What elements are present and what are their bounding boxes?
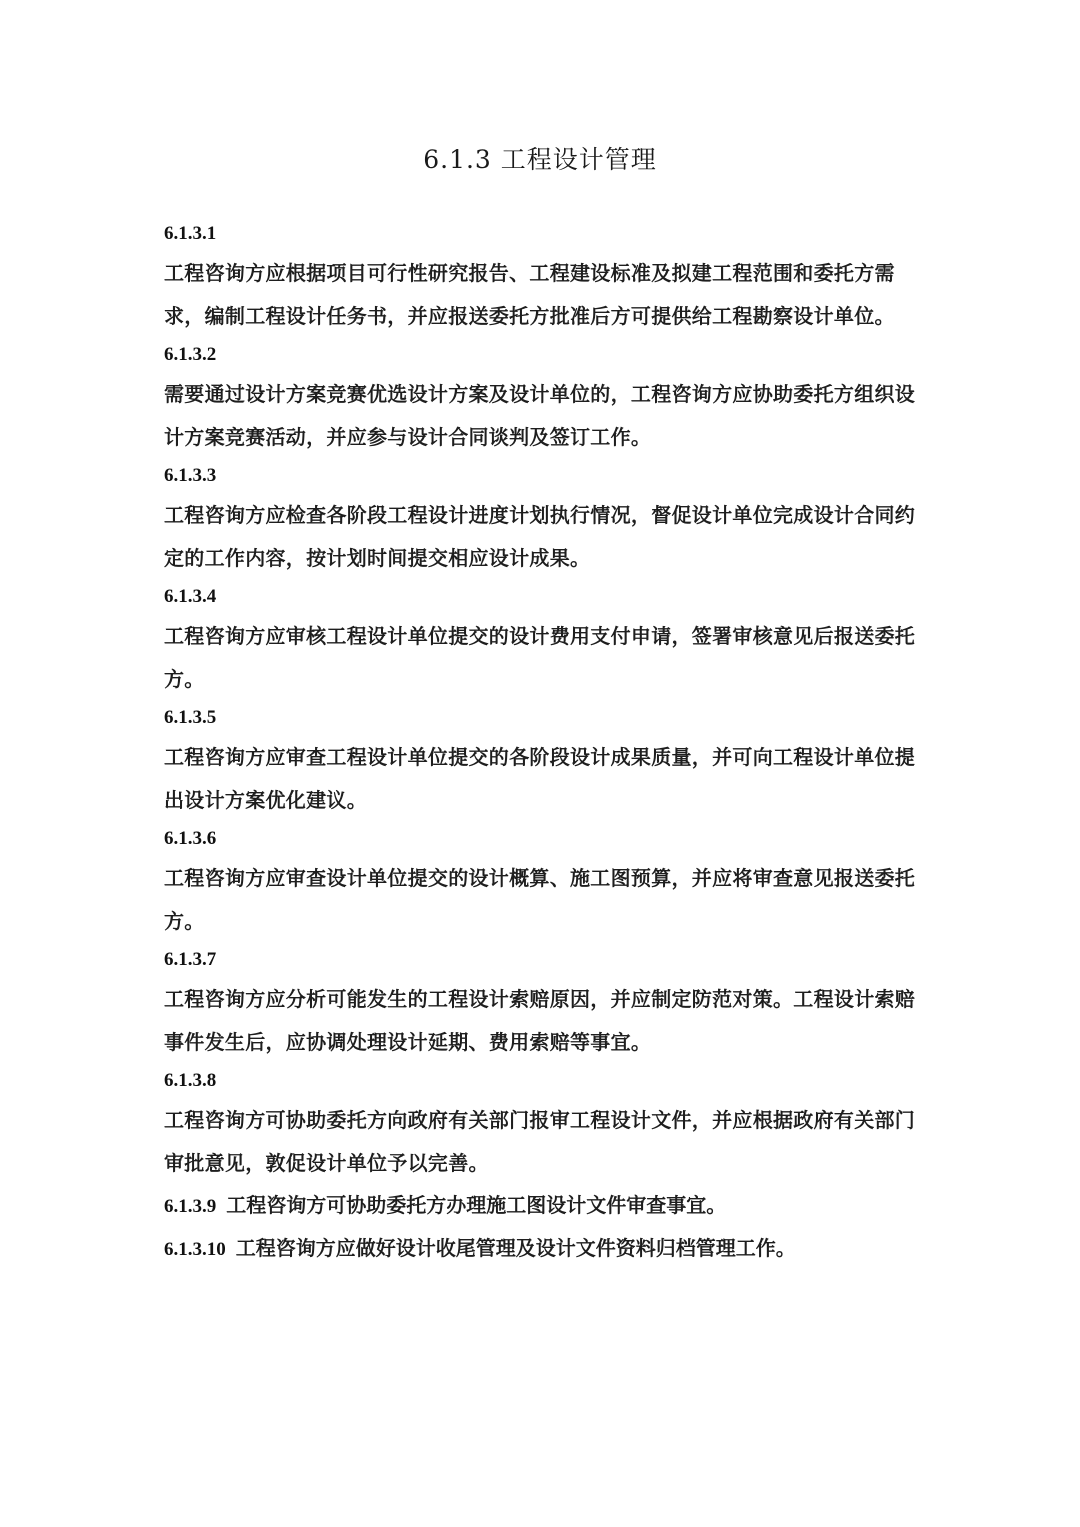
clause-number: 6.1.3.3 — [164, 458, 924, 494]
clause-number: 6.1.3.8 — [164, 1063, 924, 1099]
document-body: 6.1.3.1 工程咨询方应根据项目可行性研究报告、工程建设标准及拟建工程范围和… — [164, 216, 924, 1269]
clause-6-1-3-10: 6.1.3.10工程咨询方应做好设计收尾管理及设计文件资料归档管理工作。 — [164, 1227, 924, 1270]
clause-6-1-3-5: 6.1.3.5 工程咨询方应审查工程设计单位提交的各阶段设计成果质量，并可向工程… — [164, 700, 924, 821]
clause-text: 工程咨询方应审查设计单位提交的设计概算、施工图预算，并应将审查意见报送委托方。 — [164, 857, 924, 942]
clause-number: 6.1.3.2 — [164, 337, 924, 373]
clause-text: 工程咨询方应审核工程设计单位提交的设计费用支付申请，签署审核意见后报送委托方。 — [164, 615, 924, 700]
clause-6-1-3-3: 6.1.3.3 工程咨询方应检查各阶段工程设计进度计划执行情况，督促设计单位完成… — [164, 458, 924, 579]
clause-text: 工程咨询方应分析可能发生的工程设计索赔原因，并应制定防范对策。工程设计索赔事件发… — [164, 978, 924, 1063]
clause-text: 工程咨询方可协助委托方向政府有关部门报审工程设计文件，并应根据政府有关部门审批意… — [164, 1099, 924, 1184]
clause-6-1-3-6: 6.1.3.6 工程咨询方应审查设计单位提交的设计概算、施工图预算，并应将审查意… — [164, 821, 924, 942]
clause-text: 工程咨询方可协助委托方办理施工图设计文件审查事宜。 — [226, 1193, 726, 1217]
clause-text: 工程咨询方应检查各阶段工程设计进度计划执行情况，督促设计单位完成设计合同约定的工… — [164, 494, 924, 579]
clause-number: 6.1.3.7 — [164, 942, 924, 978]
clause-number: 6.1.3.1 — [164, 216, 924, 252]
clause-number: 6.1.3.4 — [164, 579, 924, 615]
clause-6-1-3-4: 6.1.3.4 工程咨询方应审核工程设计单位提交的设计费用支付申请，签署审核意见… — [164, 579, 924, 700]
clause-text: 需要通过设计方案竞赛优选设计方案及设计单位的，工程咨询方应协助委托方组织设计方案… — [164, 373, 924, 458]
page-title: 6.1.3 工程设计管理 — [0, 140, 1080, 180]
clause-6-1-3-1: 6.1.3.1 工程咨询方应根据项目可行性研究报告、工程建设标准及拟建工程范围和… — [164, 216, 924, 337]
clause-text: 工程咨询方应根据项目可行性研究报告、工程建设标准及拟建工程范围和委托方需求，编制… — [164, 252, 924, 337]
clause-6-1-3-7: 6.1.3.7 工程咨询方应分析可能发生的工程设计索赔原因，并应制定防范对策。工… — [164, 942, 924, 1063]
clause-6-1-3-8: 6.1.3.8 工程咨询方可协助委托方向政府有关部门报审工程设计文件，并应根据政… — [164, 1063, 924, 1184]
clause-number: 6.1.3.5 — [164, 700, 924, 736]
clause-number: 6.1.3.10 — [164, 1239, 226, 1260]
clause-6-1-3-2: 6.1.3.2 需要通过设计方案竞赛优选设计方案及设计单位的，工程咨询方应协助委… — [164, 337, 924, 458]
clause-text: 工程咨询方应做好设计收尾管理及设计文件资料归档管理工作。 — [236, 1236, 796, 1260]
clause-number: 6.1.3.9 — [164, 1196, 216, 1217]
clause-6-1-3-9: 6.1.3.9工程咨询方可协助委托方办理施工图设计文件审查事宜。 — [164, 1184, 924, 1227]
clause-number: 6.1.3.6 — [164, 821, 924, 857]
clause-text: 工程咨询方应审查工程设计单位提交的各阶段设计成果质量，并可向工程设计单位提出设计… — [164, 736, 924, 821]
